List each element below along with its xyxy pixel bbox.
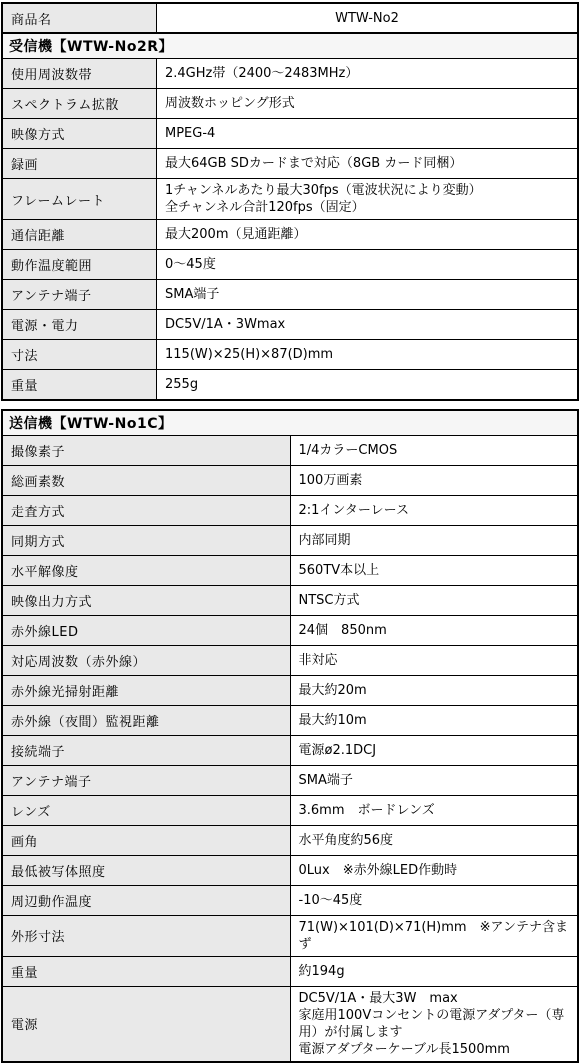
spec-value: SMA端子	[157, 280, 579, 310]
spec-label: 走査方式	[2, 495, 290, 525]
spec-row: 周辺動作温度-10～45度	[2, 885, 578, 915]
spec-row: 赤外線LED24個 850nm	[2, 615, 578, 645]
spec-row: 赤外線光掃射距離最大約20m	[2, 675, 578, 705]
spec-label: 通信距離	[2, 220, 157, 250]
spec-label: 対応周波数（赤外線）	[2, 645, 290, 675]
spec-value: SMA端子	[290, 765, 578, 795]
spec-label: 寸法	[2, 340, 157, 370]
spec-label: 総画素数	[2, 465, 290, 495]
spec-value: 内部同期	[290, 525, 578, 555]
spec-row: 総画素数100万画素	[2, 465, 578, 495]
spec-value: NTSC方式	[290, 585, 578, 615]
spec-row: アンテナ端子SMA端子	[2, 765, 578, 795]
spec-row: 映像方式MPEG-4	[2, 119, 578, 149]
spec-row: 動作温度範囲0～45度	[2, 250, 578, 280]
spec-row: 重量255g	[2, 370, 578, 400]
spec-row: スペクトラム拡散周波数ホッピング形式	[2, 89, 578, 119]
section-title: 送信機【WTW-No1C】	[2, 410, 578, 436]
spec-label: 重量	[2, 370, 157, 400]
spec-value: 電源ø2.1DCJ	[290, 735, 578, 765]
spec-value: 水平角度約56度	[290, 825, 578, 855]
spec-value: 最大約10m	[290, 705, 578, 735]
spec-label: 周辺動作温度	[2, 885, 290, 915]
spec-label: 同期方式	[2, 525, 290, 555]
spec-row: 最低被写体照度0Lux ※赤外線LED作動時	[2, 855, 578, 885]
spec-row: レンズ3.6mm ボードレンズ	[2, 795, 578, 825]
spec-row: 接続端子電源ø2.1DCJ	[2, 735, 578, 765]
spec-value: 71(W)×101(D)×71(H)mm ※アンテナ含まず	[290, 915, 578, 956]
spec-value: DC5V/1A・3Wmax	[157, 310, 579, 340]
spec-value: 0Lux ※赤外線LED作動時	[290, 855, 578, 885]
spec-value: 約194g	[290, 956, 578, 986]
spec-row: 画角水平角度約56度	[2, 825, 578, 855]
product-name-label: 商品名	[2, 3, 157, 33]
spec-value: MPEG-4	[157, 119, 579, 149]
spec-label: 撮像素子	[2, 435, 290, 465]
spec-row: 通信距離最大200m（見通距離）	[2, 220, 578, 250]
spec-sheet: 商品名WTW-No2受信機【WTW-No2R】使用周波数帯2.4GHz帯（240…	[1, 2, 579, 1063]
spec-label: 重量	[2, 956, 290, 986]
spec-row: 赤外線（夜間）監視距離最大約10m	[2, 705, 578, 735]
spec-label: スペクトラム拡散	[2, 89, 157, 119]
section-title: 受信機【WTW-No2R】	[2, 33, 578, 59]
spec-label: 動作温度範囲	[2, 250, 157, 280]
spec-value: 2.4GHz帯（2400～2483MHz）	[157, 59, 579, 89]
spec-value: 115(W)×25(H)×87(D)mm	[157, 340, 579, 370]
spec-label: アンテナ端子	[2, 765, 290, 795]
spec-row: 寸法115(W)×25(H)×87(D)mm	[2, 340, 578, 370]
spec-value: 0～45度	[157, 250, 579, 280]
spec-value: 24個 850nm	[290, 615, 578, 645]
spec-row: 電源DC5V/1A・最大3W max 家庭用100Vコンセントの電源アダプター（…	[2, 986, 578, 1062]
spec-value: 最大64GB SDカードまで対応（8GB カード同梱）	[157, 149, 579, 179]
spec-label: 電源・電力	[2, 310, 157, 340]
spec-row: 撮像素子1/4カラーCMOS	[2, 435, 578, 465]
transmitter-spec-table: 送信機【WTW-No1C】撮像素子1/4カラーCMOS総画素数100万画素走査方…	[1, 409, 579, 1063]
spec-label: 赤外線LED	[2, 615, 290, 645]
spec-row: 外形寸法71(W)×101(D)×71(H)mm ※アンテナ含まず	[2, 915, 578, 956]
spec-label: 水平解像度	[2, 555, 290, 585]
section-header-row: 送信機【WTW-No1C】	[2, 410, 578, 436]
spec-label: 赤外線光掃射距離	[2, 675, 290, 705]
spec-label: 電源	[2, 986, 290, 1062]
spec-row: 電源・電力DC5V/1A・3Wmax	[2, 310, 578, 340]
spec-label: 最低被写体照度	[2, 855, 290, 885]
section-header-row: 受信機【WTW-No2R】	[2, 33, 578, 59]
spec-row: フレームレート1チャンネルあたり最大30fps（電波状況により変動） 全チャンネ…	[2, 179, 578, 220]
spec-row: 対応周波数（赤外線）非対応	[2, 645, 578, 675]
spec-row: アンテナ端子SMA端子	[2, 280, 578, 310]
spec-label: レンズ	[2, 795, 290, 825]
spec-value: 1/4カラーCMOS	[290, 435, 578, 465]
spec-row: 水平解像度560TV本以上	[2, 555, 578, 585]
spec-value: 100万画素	[290, 465, 578, 495]
spec-value: 非対応	[290, 645, 578, 675]
spec-label: 映像出力方式	[2, 585, 290, 615]
spec-row: 録画最大64GB SDカードまで対応（8GB カード同梱）	[2, 149, 578, 179]
spec-label: 映像方式	[2, 119, 157, 149]
spec-value: 560TV本以上	[290, 555, 578, 585]
spec-value: 2:1インターレース	[290, 495, 578, 525]
spec-row: 重量約194g	[2, 956, 578, 986]
spec-row: 走査方式2:1インターレース	[2, 495, 578, 525]
spec-label: アンテナ端子	[2, 280, 157, 310]
spec-label: 赤外線（夜間）監視距離	[2, 705, 290, 735]
spec-label: 外形寸法	[2, 915, 290, 956]
spec-value: -10～45度	[290, 885, 578, 915]
spec-row: 映像出力方式NTSC方式	[2, 585, 578, 615]
spec-value: 1チャンネルあたり最大30fps（電波状況により変動） 全チャンネル合計120f…	[157, 179, 579, 220]
product-name-row: 商品名WTW-No2	[2, 3, 578, 33]
spec-value: 周波数ホッピング形式	[157, 89, 579, 119]
product-name-value: WTW-No2	[157, 3, 579, 33]
spec-row: 使用周波数帯2.4GHz帯（2400～2483MHz）	[2, 59, 578, 89]
spec-row: 同期方式内部同期	[2, 525, 578, 555]
spec-label: 画角	[2, 825, 290, 855]
receiver-spec-table: 商品名WTW-No2受信機【WTW-No2R】使用周波数帯2.4GHz帯（240…	[1, 2, 579, 401]
spec-value: 255g	[157, 370, 579, 400]
spec-label: フレームレート	[2, 179, 157, 220]
spec-value: 3.6mm ボードレンズ	[290, 795, 578, 825]
spec-label: 使用周波数帯	[2, 59, 157, 89]
spec-value: 最大約20m	[290, 675, 578, 705]
spec-label: 録画	[2, 149, 157, 179]
spec-value: 最大200m（見通距離）	[157, 220, 579, 250]
spec-value: DC5V/1A・最大3W max 家庭用100Vコンセントの電源アダプター（専用…	[290, 986, 578, 1062]
spec-label: 接続端子	[2, 735, 290, 765]
